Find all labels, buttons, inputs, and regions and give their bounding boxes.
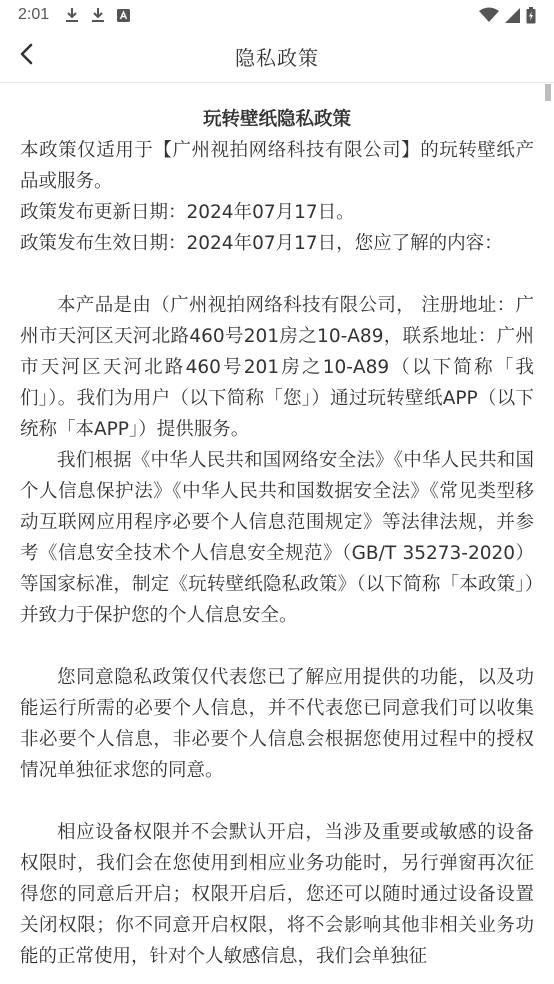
back-button[interactable] [14, 42, 38, 70]
scrollbar[interactable] [545, 84, 551, 101]
intro-effective-date: 政策发布生效日期：2024年07月17日，您应了解的内容： [20, 228, 534, 259]
status-time: 2:01 [18, 6, 49, 24]
paragraph-legal-basis: 我们根据《中华人民共和国网络安全法》《中华人民共和国个人信息保护法》《中华人民共… [20, 445, 534, 631]
spacer [20, 631, 534, 662]
status-bar: 2:01 [0, 0, 554, 30]
battery-charging-icon [526, 7, 536, 24]
app-bar: 隐私政策 [0, 30, 554, 83]
paragraph-consent: 您同意隐私政策仅代表您已了解应用提供的功能，以及功能运行所需的必要个人信息，并不… [20, 662, 534, 786]
policy-content[interactable]: 玩转壁纸隐私政策 本政策仅适用于【广州视拍网络科技有限公司】的玩转壁纸产品或服务… [0, 84, 554, 984]
download-icon [65, 7, 79, 23]
status-right [479, 7, 536, 24]
cellular-signal-icon [505, 8, 520, 23]
document-title: 玩转壁纸隐私政策 [20, 104, 534, 135]
spacer [20, 786, 534, 817]
page-title: 隐私政策 [235, 42, 319, 71]
download-icon [91, 7, 105, 23]
intro-scope: 本政策仅适用于【广州视拍网络科技有限公司】的玩转壁纸产品或服务。 [20, 135, 534, 197]
spacer [20, 259, 534, 290]
paragraph-permissions: 相应设备权限并不会默认开启，当涉及重要或敏感的设备权限时，我们会在您使用到相应业… [20, 817, 534, 972]
paragraph-company-info: 本产品是由（广州视拍网络科技有限公司， 注册地址：广州市天河区天河北路460号2… [20, 290, 534, 445]
chevron-left-icon [19, 43, 33, 69]
intro-update-date: 政策发布更新日期：2024年07月17日。 [20, 197, 534, 228]
font-a-icon [117, 9, 130, 22]
status-left: 2:01 [18, 6, 130, 24]
wifi-icon [479, 7, 499, 23]
